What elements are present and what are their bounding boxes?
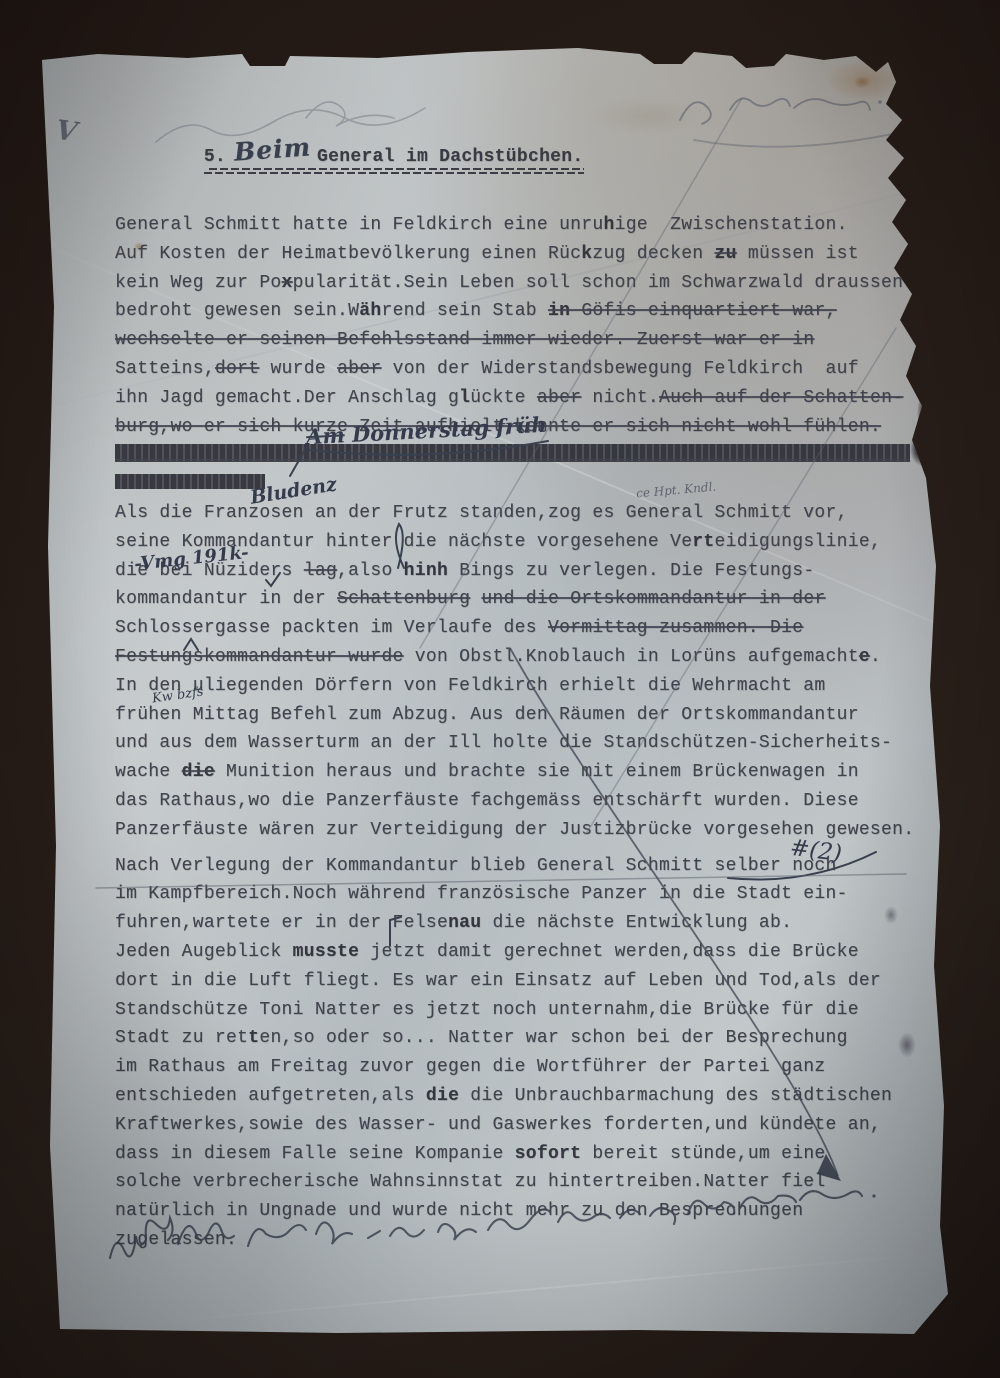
text-line: Als die Franzosen an der Frutz standen,z… [115,499,914,528]
text-segment: fuhren,wartete er in der Felse [115,913,448,933]
text-segment: die [182,762,215,782]
handwriting-title-word: Beim [233,132,312,166]
text-segment: aber [537,388,581,408]
text-line [115,441,914,470]
text-line: frühen Mittag Befehl zum Abzug. Aus den … [115,701,914,730]
text-line: General Schmitt hatte in Feldkirch eine … [115,211,914,240]
text-segment: eidigungslinie, [715,532,882,552]
text-segment: pularität.Sein Leben soll schon im Schwa… [293,273,904,293]
text-line: Kraftwerkes,sowie des Wasser- und Gaswer… [115,1111,914,1140]
text-segment: ihn Jagd gemacht.Der Anschlag g [115,388,459,408]
text-segment: jetzt damit gerechnet werden,dass die Br… [359,942,859,962]
text-line: das Rathaus,wo die Panzerfäuste fachgemä… [115,787,914,816]
text-segment: die [426,1086,459,1106]
text-line: dass in diesem Falle seine Kompanie sofo… [115,1140,914,1169]
text-segment: solche verbrecherische Wahnsinnstat zu h… [115,1172,826,1192]
text-segment: wurde [259,359,337,379]
text-segment: Satteins, [115,359,215,379]
text-segment: frühen Mittag Befehl zum Abzug. Aus den … [115,705,859,725]
text-segment [470,589,481,609]
text-segment: wechselte er seinen Befehlsstand immer w… [115,330,814,350]
typed-text: 5.BeimGeneral im Dachstübchen. General S… [115,118,914,1255]
text-segment: Schlossergasse packten im Verlaufe des [115,618,548,638]
text-segment: von der Widerstandsbewegung Feldkirch au… [381,359,858,379]
text-segment: Munition heraus und brachte sie mit eine… [215,762,859,782]
handwriting-date-struck: Am [306,422,346,449]
text-segment: lag [304,561,337,581]
text-segment: im Rathaus am Freitag zuvor gegen die Wo… [115,1057,826,1077]
text-line: und aus dem Wasserturm an der Ill holte … [115,729,914,758]
overstruck-redaction [115,474,265,489]
text-segment: k [581,244,592,264]
text-segment: die nächste Entwicklung ab. [481,913,792,933]
text-line: zugelassen. [115,1226,914,1255]
text-line: Stadt zu retten,so oder so... Natter war… [115,1024,914,1053]
text-segment: und die Ortskommandantur in der [481,589,825,609]
text-segment: General Schmitt hatte in Feldkirch eine … [115,215,603,235]
paper-crease [159,1251,956,1323]
text-segment: ige Zwischenstation. [615,215,848,235]
text-segment: natürlich in Ungnade und wurde nicht meh… [115,1201,803,1221]
text-line: natürlich in Ungnade und wurde nicht meh… [115,1197,914,1226]
photo-background: 5.BeimGeneral im Dachstübchen. General S… [0,0,1000,1378]
text-segment: nau [448,913,481,933]
text-line: wache die Munition heraus und brachte si… [115,758,914,787]
text-segment: . [870,647,881,667]
text-line: Satteins,dort wurde aber von der Widerst… [115,355,914,384]
text-segment: Festungskommandantur wurde [115,647,404,667]
text-line: im Kampfbereich.Noch während französisch… [115,880,914,909]
text-line: Schlossergasse packten im Verlaufe des V… [115,614,914,643]
text-segment: Nach Verlegung der Kommandantur blieb Ge… [115,856,837,876]
text-segment: bedroht gewesen sein.W [115,301,359,321]
text-segment: Jeden Augeblick [115,942,293,962]
document-title: 5.BeimGeneral im Dachstübchen. [115,118,914,194]
text-segment: Als die Franzosen an der Frutz standen,z… [115,503,848,523]
text-line: fuhren,wartete er in der Felsenau die nä… [115,909,914,938]
text-segment: äh [359,301,381,321]
typed-paragraphs: General Schmitt hatte in Feldkirch eine … [115,211,914,1255]
document-page: 5.BeimGeneral im Dachstübchen. General S… [38,46,962,1338]
text-segment: Auf Kosten der Heimatbevölkerung einen R… [115,244,581,264]
text-segment: Stadt zu ret [115,1028,248,1048]
paragraph: Nach Verlegung der Kommandantur blieb Ge… [115,852,914,1255]
text-segment: sofort [515,1144,582,1164]
text-segment: und aus dem Wasserturm an der Ill holte … [115,733,892,753]
section-number: 5. [204,147,226,167]
text-segment: Bings zu verlegen. Die Festungs- [448,561,814,581]
text-segment: ,also [337,561,404,581]
text-segment: kommandantur in der [115,589,337,609]
text-segment: In den uliegenden Dörfern von Feldkirch … [115,676,826,696]
text-segment: rend sein Stab [381,301,548,321]
text-line: entschieden aufgetreten,als die die Unbr… [115,1082,914,1111]
text-segment: l [459,388,470,408]
text-line: Standschütze Toni Natter es jetzt noch u… [115,996,914,1025]
text-segment: Standschütze Toni Natter es jetzt noch u… [115,1000,859,1020]
text-segment: en,so oder so... Natter war schon bei de… [259,1028,847,1048]
text-segment: von Obstl.Knoblauch in Lorüns aufgemacht [404,647,859,667]
text-segment: müssen ist [737,244,859,264]
text-line: dort in die Luft fliegt. Es war ein Eins… [115,967,914,996]
rust-stain [854,76,870,88]
text-line: bedroht gewesen sein.Während sein Stab i… [115,297,914,326]
rust-stain [826,58,906,102]
text-segment: zu [715,244,737,264]
overstruck-redaction [115,444,910,462]
text-segment: Vormittag zusammen. Die [548,618,803,638]
title-underline: 5.BeimGeneral im Dachstübchen. [204,138,584,174]
text-segment: im Kampfbereich.Noch während französisch… [115,884,848,904]
text-line: kein Weg zur Poxpularität.Sein Leben sol… [115,269,914,298]
text-segment: ückte [470,388,537,408]
text-segment: entschieden aufgetreten,als [115,1086,426,1106]
text-segment: h [603,215,614,235]
text-segment: die Unbrauchbarmachung des städtischen [459,1086,892,1106]
text-line: Festungskommandantur wurde von Obstl.Kno… [115,643,914,672]
text-segment: kein Weg zur Po [115,273,282,293]
text-segment: rt [692,532,714,552]
text-segment: dass in diesem Falle seine Kompanie [115,1144,515,1164]
text-segment: x [282,273,293,293]
text-line: Auf Kosten der Heimatbevölkerung einen R… [115,240,914,269]
text-segment: dort [215,359,259,379]
text-segment: Göfis einquartiert war, [570,301,836,321]
text-segment: Auch auf der Schatten- [659,388,903,408]
text-segment: hinh [404,561,448,581]
text-line: solche verbrecherische Wahnsinnstat zu h… [115,1168,914,1197]
text-segment: bereit stünde,um eine [581,1144,825,1164]
text-line [115,470,914,499]
text-line: In den uliegenden Dörfern von Feldkirch … [115,672,914,701]
ink-blot [913,376,955,439]
text-line: Jeden Augeblick musste jetzt damit gerec… [115,938,914,967]
text-segment: zug decken [592,244,714,264]
text-line: kommandantur in der Schattenburg und die… [115,585,914,614]
text-segment: e [859,647,870,667]
text-segment: in [548,301,570,321]
text-line: im Rathaus am Freitag zuvor gegen die Wo… [115,1053,914,1082]
title-text: General im Dachstübchen. [317,147,583,167]
text-segment: zugelassen. [115,1230,237,1250]
text-segment: wache [115,762,182,782]
text-segment: aber [337,359,381,379]
text-segment: Kraftwerkes,sowie des Wasser- und Gaswer… [115,1115,881,1135]
text-segment: dort in die Luft fliegt. Es war ein Eins… [115,971,881,991]
text-segment: t [248,1028,259,1048]
handwriting-margin-check: V [54,115,79,149]
text-line: ihn Jagd gemacht.Der Anschlag glückte ab… [115,384,914,413]
text-segment: musste [293,942,360,962]
text-segment: nicht. [581,388,659,408]
text-line: wechselte er seinen Befehlsstand immer w… [115,326,914,355]
text-segment: Schattenburg [337,589,470,609]
paragraph: General Schmitt hatte in Feldkirch eine … [115,211,914,499]
text-segment: das Rathaus,wo die Panzerfäuste fachgemä… [115,791,859,811]
